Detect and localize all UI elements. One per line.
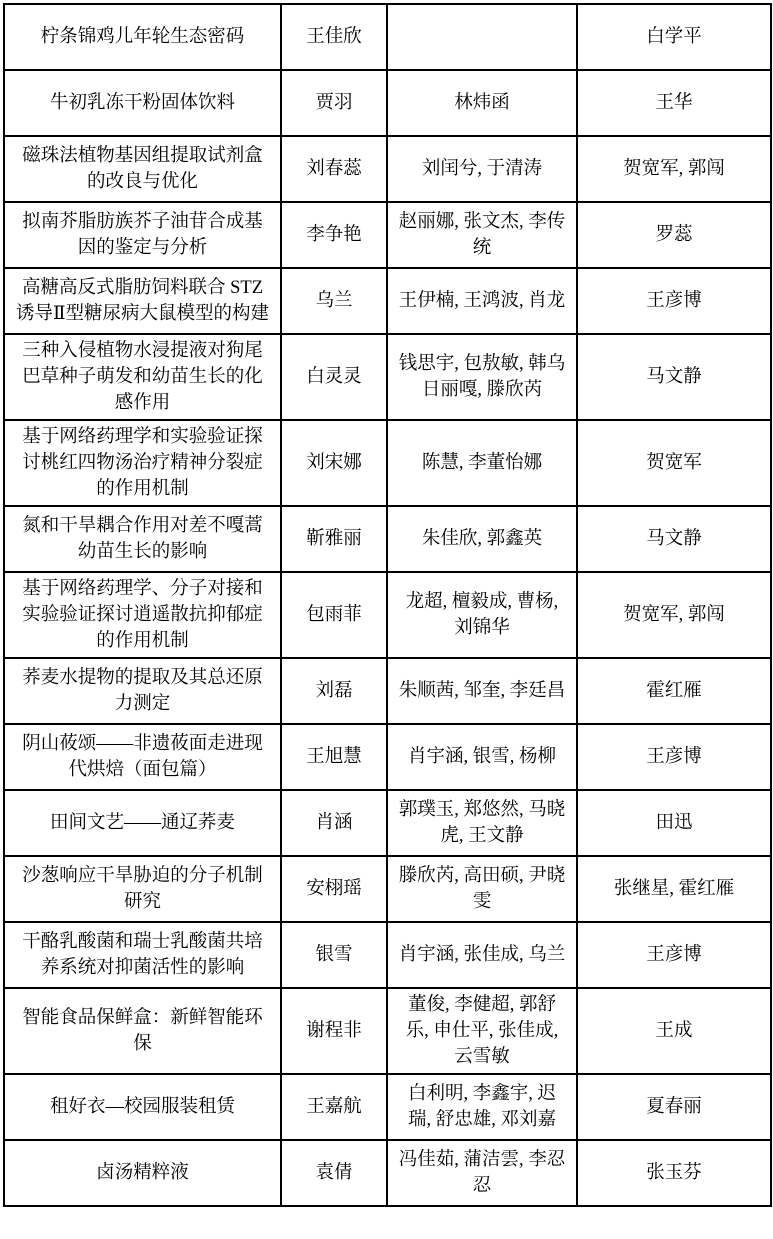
advisors-cell: 马文静 bbox=[577, 334, 771, 420]
members-cell: 龙超, 檀毅成, 曹杨, 刘锦华 bbox=[387, 572, 577, 658]
members-cell: 滕欣芮, 高田硕, 尹晓雯 bbox=[387, 856, 577, 922]
leader-cell: 谢程非 bbox=[281, 988, 387, 1074]
leader-cell: 李争艳 bbox=[281, 202, 387, 268]
advisors-cell: 贺宽军 bbox=[577, 420, 771, 506]
leader-cell: 袁倩 bbox=[281, 1140, 387, 1206]
members-cell: 郭璞玉, 郑悠然, 马晓虎, 王文静 bbox=[387, 790, 577, 856]
title-cell: 基于网络药理学、分子对接和实验验证探讨逍遥散抗抑郁症的作用机制 bbox=[4, 572, 281, 658]
table-row: 阴山莜颂——非遗莜面走进现代烘焙（面包篇）王旭慧肖宇涵, 银雪, 杨柳王彦博 bbox=[4, 724, 771, 790]
title-cell: 柠条锦鸡儿年轮生态密码 bbox=[4, 4, 281, 70]
advisors-cell: 王彦博 bbox=[577, 922, 771, 988]
members-cell: 董俊, 李健超, 郭舒乐, 申仕平, 张佳成, 云雪敏 bbox=[387, 988, 577, 1074]
title-cell: 磁珠法植物基因组提取试剂盒的改良与优化 bbox=[4, 136, 281, 202]
title-cell: 拟南芥脂肪族芥子油苷合成基因的鉴定与分析 bbox=[4, 202, 281, 268]
members-cell: 肖宇涵, 张佳成, 乌兰 bbox=[387, 922, 577, 988]
table-row: 柠条锦鸡儿年轮生态密码王佳欣白学平 bbox=[4, 4, 771, 70]
advisors-cell: 白学平 bbox=[577, 4, 771, 70]
advisors-cell: 王彦博 bbox=[577, 268, 771, 334]
members-cell: 钱思宇, 包敖敏, 韩乌日丽嘎, 滕欣芮 bbox=[387, 334, 577, 420]
title-cell: 氮和干旱耦合作用对差不嘎蒿幼苗生长的影响 bbox=[4, 506, 281, 572]
title-cell: 智能食品保鲜盒：新鲜智能环保 bbox=[4, 988, 281, 1074]
table-row: 基于网络药理学、分子对接和实验验证探讨逍遥散抗抑郁症的作用机制包雨菲龙超, 檀毅… bbox=[4, 572, 771, 658]
table-row: 荞麦水提物的提取及其总还原力测定刘磊朱顺茜, 邹奎, 李廷昌霍红雁 bbox=[4, 658, 771, 724]
project-table: 柠条锦鸡儿年轮生态密码王佳欣白学平牛初乳冻干粉固体饮料贾羽林炜函王华磁珠法植物基… bbox=[3, 3, 772, 1207]
title-cell: 牛初乳冻干粉固体饮料 bbox=[4, 70, 281, 136]
table-row: 卤汤精粹液袁倩冯佳茹, 蒲洁雲, 李忍忍张玉芬 bbox=[4, 1140, 771, 1206]
table-row: 沙葱响应干旱胁迫的分子机制研究安栩瑶滕欣芮, 高田硕, 尹晓雯张继星, 霍红雁 bbox=[4, 856, 771, 922]
title-cell: 基于网络药理学和实验验证探讨桃红四物汤治疗精神分裂症的作用机制 bbox=[4, 420, 281, 506]
members-cell: 朱佳欣, 郭鑫英 bbox=[387, 506, 577, 572]
advisors-cell: 马文静 bbox=[577, 506, 771, 572]
title-cell: 荞麦水提物的提取及其总还原力测定 bbox=[4, 658, 281, 724]
leader-cell: 乌兰 bbox=[281, 268, 387, 334]
members-cell: 肖宇涵, 银雪, 杨柳 bbox=[387, 724, 577, 790]
leader-cell: 贾羽 bbox=[281, 70, 387, 136]
advisors-cell: 张继星, 霍红雁 bbox=[577, 856, 771, 922]
members-cell: 林炜函 bbox=[387, 70, 577, 136]
advisors-cell: 贺宽军, 郭闯 bbox=[577, 136, 771, 202]
leader-cell: 王旭慧 bbox=[281, 724, 387, 790]
table-row: 氮和干旱耦合作用对差不嘎蒿幼苗生长的影响靳雅丽朱佳欣, 郭鑫英马文静 bbox=[4, 506, 771, 572]
leader-cell: 王佳欣 bbox=[281, 4, 387, 70]
table-row: 拟南芥脂肪族芥子油苷合成基因的鉴定与分析李争艳赵丽娜, 张文杰, 李传统罗蕊 bbox=[4, 202, 771, 268]
table-row: 高糖高反式脂肪饲料联合 STZ 诱导Ⅱ型糖尿病大鼠模型的构建乌兰王伊楠, 王鸿波… bbox=[4, 268, 771, 334]
title-cell: 卤汤精粹液 bbox=[4, 1140, 281, 1206]
table-row: 租好衣—校园服装租赁王嘉航白利明, 李鑫宇, 迟瑞, 舒忠雄, 邓刘嘉夏春丽 bbox=[4, 1074, 771, 1140]
title-cell: 阴山莜颂——非遗莜面走进现代烘焙（面包篇） bbox=[4, 724, 281, 790]
table-row: 牛初乳冻干粉固体饮料贾羽林炜函王华 bbox=[4, 70, 771, 136]
members-cell: 冯佳茹, 蒲洁雲, 李忍忍 bbox=[387, 1140, 577, 1206]
advisors-cell: 田迅 bbox=[577, 790, 771, 856]
table-row: 田间文艺——通辽荞麦肖涵郭璞玉, 郑悠然, 马晓虎, 王文静田迅 bbox=[4, 790, 771, 856]
project-table-body: 柠条锦鸡儿年轮生态密码王佳欣白学平牛初乳冻干粉固体饮料贾羽林炜函王华磁珠法植物基… bbox=[4, 4, 771, 1206]
title-cell: 干酪乳酸菌和瑞士乳酸菌共培养系统对抑菌活性的影响 bbox=[4, 922, 281, 988]
leader-cell: 刘磊 bbox=[281, 658, 387, 724]
advisors-cell: 王彦博 bbox=[577, 724, 771, 790]
leader-cell: 银雪 bbox=[281, 922, 387, 988]
members-cell: 陈慧, 李董怡娜 bbox=[387, 420, 577, 506]
document-page: 柠条锦鸡儿年轮生态密码王佳欣白学平牛初乳冻干粉固体饮料贾羽林炜函王华磁珠法植物基… bbox=[0, 0, 773, 1239]
members-cell: 刘闰兮, 于清涛 bbox=[387, 136, 577, 202]
members-cell: 朱顺茜, 邹奎, 李廷昌 bbox=[387, 658, 577, 724]
table-row: 磁珠法植物基因组提取试剂盒的改良与优化刘春蕊刘闰兮, 于清涛贺宽军, 郭闯 bbox=[4, 136, 771, 202]
members-cell: 王伊楠, 王鸿波, 肖龙 bbox=[387, 268, 577, 334]
title-cell: 田间文艺——通辽荞麦 bbox=[4, 790, 281, 856]
table-row: 干酪乳酸菌和瑞士乳酸菌共培养系统对抑菌活性的影响银雪肖宇涵, 张佳成, 乌兰王彦… bbox=[4, 922, 771, 988]
title-cell: 三种入侵植物水浸提液对狗尾巴草种子萌发和幼苗生长的化感作用 bbox=[4, 334, 281, 420]
title-cell: 沙葱响应干旱胁迫的分子机制研究 bbox=[4, 856, 281, 922]
leader-cell: 刘宋娜 bbox=[281, 420, 387, 506]
leader-cell: 刘春蕊 bbox=[281, 136, 387, 202]
advisors-cell: 贺宽军, 郭闯 bbox=[577, 572, 771, 658]
advisors-cell: 夏春丽 bbox=[577, 1074, 771, 1140]
advisors-cell: 王华 bbox=[577, 70, 771, 136]
advisors-cell: 王成 bbox=[577, 988, 771, 1074]
advisors-cell: 罗蕊 bbox=[577, 202, 771, 268]
leader-cell: 王嘉航 bbox=[281, 1074, 387, 1140]
table-row: 智能食品保鲜盒：新鲜智能环保谢程非董俊, 李健超, 郭舒乐, 申仕平, 张佳成,… bbox=[4, 988, 771, 1074]
table-row: 三种入侵植物水浸提液对狗尾巴草种子萌发和幼苗生长的化感作用白灵灵钱思宇, 包敖敏… bbox=[4, 334, 771, 420]
leader-cell: 肖涵 bbox=[281, 790, 387, 856]
title-cell: 高糖高反式脂肪饲料联合 STZ 诱导Ⅱ型糖尿病大鼠模型的构建 bbox=[4, 268, 281, 334]
leader-cell: 靳雅丽 bbox=[281, 506, 387, 572]
table-row: 基于网络药理学和实验验证探讨桃红四物汤治疗精神分裂症的作用机制刘宋娜陈慧, 李董… bbox=[4, 420, 771, 506]
leader-cell: 安栩瑶 bbox=[281, 856, 387, 922]
title-cell: 租好衣—校园服装租赁 bbox=[4, 1074, 281, 1140]
leader-cell: 包雨菲 bbox=[281, 572, 387, 658]
members-cell: 白利明, 李鑫宇, 迟瑞, 舒忠雄, 邓刘嘉 bbox=[387, 1074, 577, 1140]
advisors-cell: 张玉芬 bbox=[577, 1140, 771, 1206]
advisors-cell: 霍红雁 bbox=[577, 658, 771, 724]
members-cell bbox=[387, 4, 577, 70]
members-cell: 赵丽娜, 张文杰, 李传统 bbox=[387, 202, 577, 268]
leader-cell: 白灵灵 bbox=[281, 334, 387, 420]
